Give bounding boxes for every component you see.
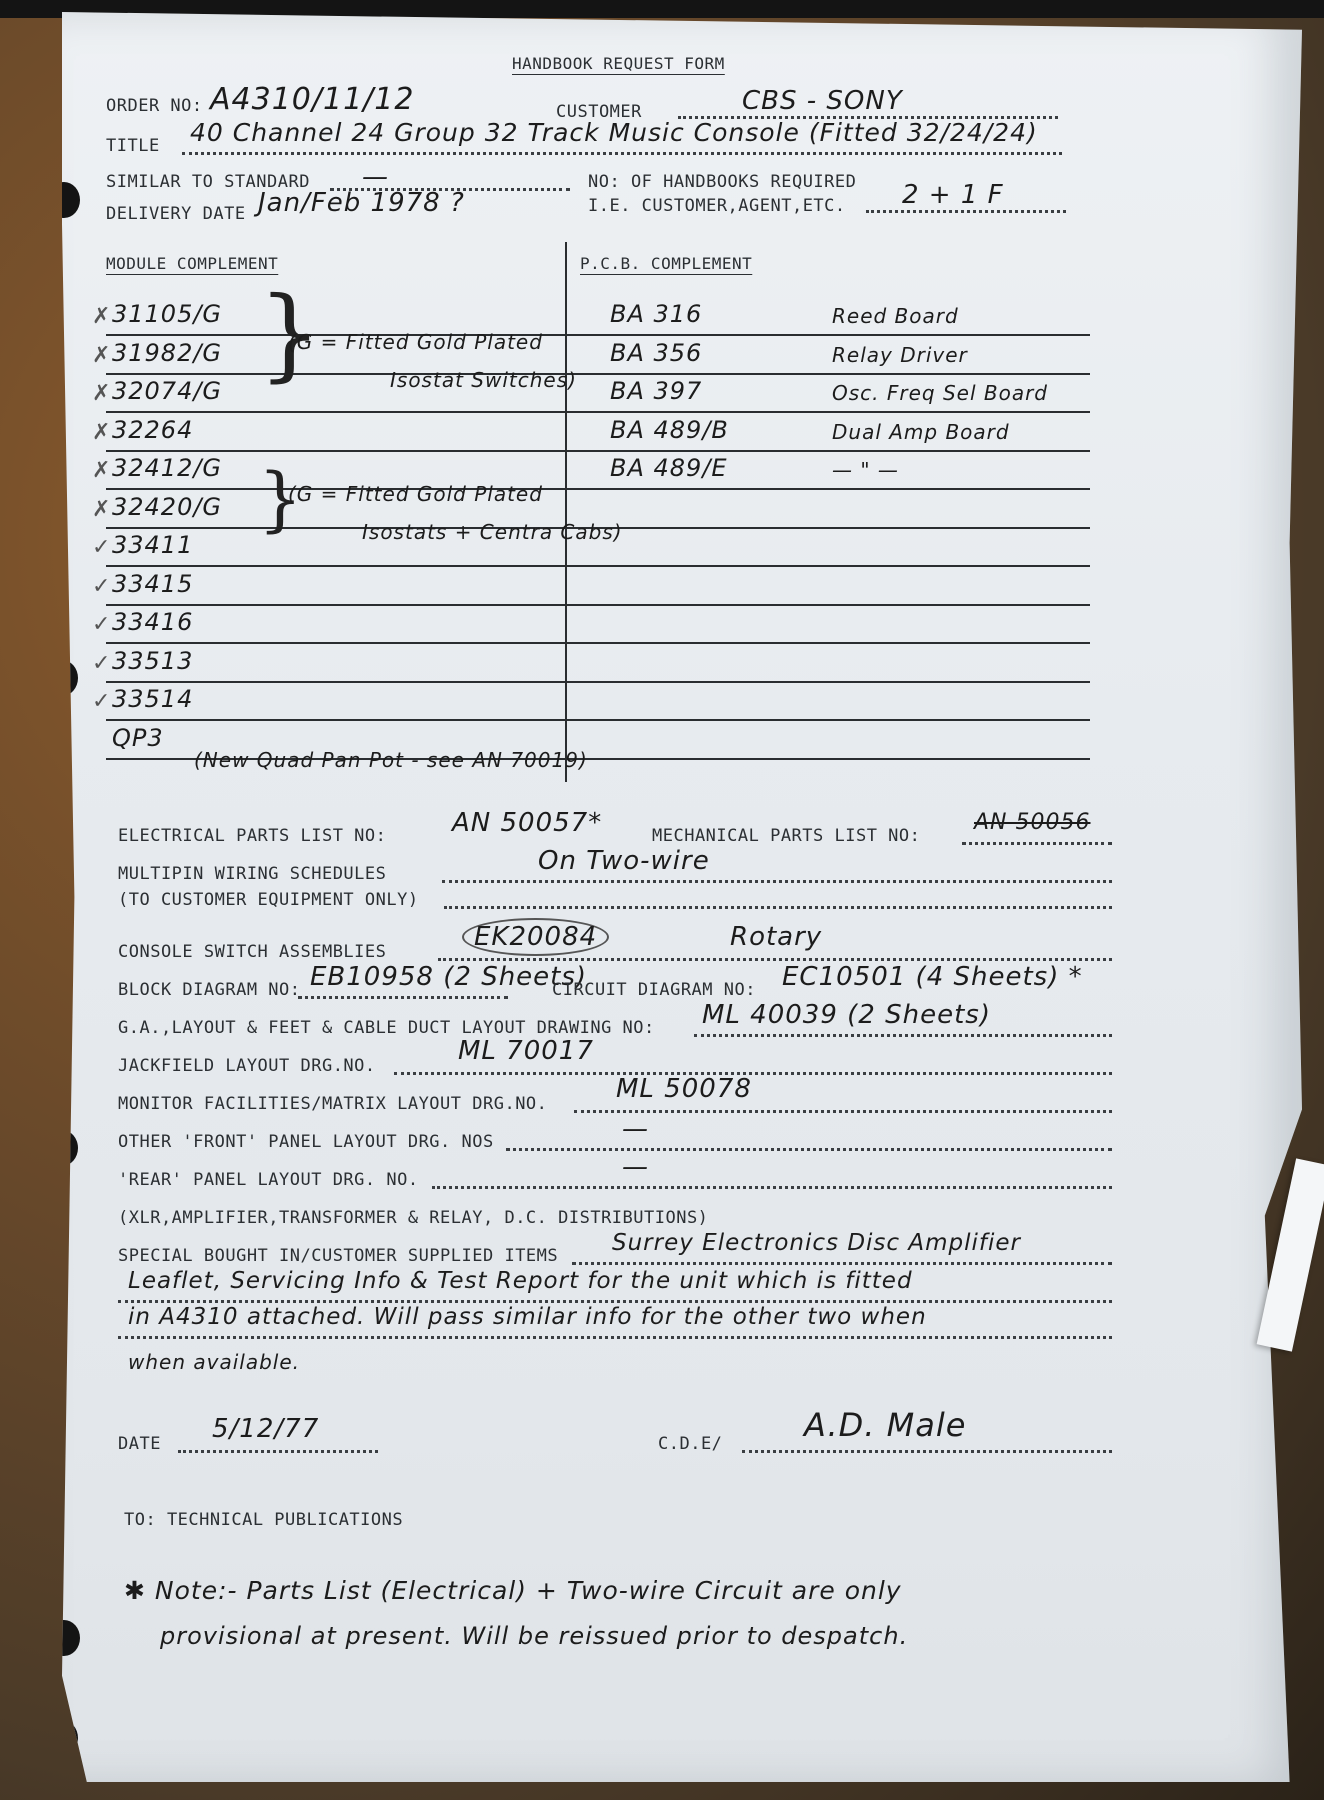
- cross-mark-icon: ✗: [92, 381, 110, 406]
- delivery-date-value: Jan/Feb 1978 ?: [258, 188, 465, 218]
- order-no-value: A4310/11/12: [210, 82, 414, 117]
- module-code: QP3: [112, 724, 164, 752]
- module-code: 31982/G: [112, 339, 222, 367]
- handbook-request-form-sheet: HANDBOOK REQUEST FORM ORDER NO: A4310/11…: [62, 12, 1302, 1782]
- block-diagram-value: EB10958 (2 Sheets): [310, 962, 587, 992]
- special-items-line2: Leaflet, Servicing Info & Test Report fo…: [128, 1268, 913, 1294]
- special-items-line4: when available.: [128, 1350, 300, 1374]
- note-line-1: ✱ Note:- Parts List (Electrical) + Two-w…: [124, 1576, 902, 1605]
- to-customer-label: (TO CUSTOMER EQUIPMENT ONLY): [118, 890, 419, 910]
- rear-panel-dotted-line: [432, 1186, 1112, 1189]
- multipin-wiring-label: MULTIPIN WIRING SCHEDULES: [118, 864, 386, 884]
- pcb-row-rule: [566, 527, 1090, 529]
- pcb-row-rule: [566, 450, 1090, 452]
- mechanical-parts-value: AN 50056: [974, 810, 1091, 835]
- pcb-row-rule: [566, 373, 1090, 375]
- check-mark-icon: ✓: [92, 574, 110, 599]
- cross-mark-icon: ✗: [92, 497, 110, 522]
- handbooks-required-value: 2 + 1 F: [902, 180, 1004, 210]
- mechanical-dotted-line: [962, 842, 1112, 845]
- circuit-diagram-value: EC10501 (4 Sheets) *: [782, 962, 1083, 992]
- pcb-description: Osc. Freq Sel Board: [832, 381, 1048, 405]
- module-row-rule: [106, 719, 566, 721]
- front-panel-value: —: [622, 1114, 649, 1144]
- to-customer-dotted-line: [444, 906, 1112, 909]
- console-switch-value2: Rotary: [730, 922, 822, 952]
- ga-layout-dotted-line: [694, 1034, 1112, 1037]
- pcb-description: Relay Driver: [832, 343, 968, 367]
- circuit-diagram-label: CIRCUIT DIAGRAM NO:: [552, 980, 756, 1000]
- pcb-row-rule: [566, 604, 1090, 606]
- cross-mark-icon: ✗: [92, 304, 110, 329]
- title-dotted-line: [182, 152, 1062, 155]
- pcb-row-rule: [566, 642, 1090, 644]
- cde-label: C.D.E/: [658, 1434, 722, 1454]
- ga-layout-label: G.A.,LAYOUT & FEET & CABLE DUCT LAYOUT D…: [118, 1018, 655, 1038]
- punch-hole: [46, 1130, 78, 1166]
- jackfield-dotted-line: [394, 1072, 1112, 1075]
- punch-hole: [48, 1620, 80, 1656]
- module-code: 33411: [112, 531, 193, 559]
- check-mark-icon: ✓: [92, 651, 110, 676]
- module-code: 33416: [112, 608, 193, 636]
- module-code: 31105/G: [112, 300, 222, 328]
- date-label: DATE: [118, 1434, 161, 1454]
- block-diagram-dotted-line: [298, 996, 508, 999]
- module-note-1-line1: (G = Fitted Gold Plated: [288, 330, 543, 354]
- multipin-wiring-value: On Two-wire: [538, 846, 710, 876]
- module-code: 33514: [112, 685, 193, 713]
- pcb-code: BA 489/B: [610, 416, 729, 444]
- module-note-2-line2: Isostats + Centra Cabs): [362, 520, 623, 544]
- date-value: 5/12/77: [212, 1414, 319, 1444]
- handbooks-required-label: NO: OF HANDBOOKS REQUIRED: [588, 172, 856, 192]
- electrical-parts-label: ELECTRICAL PARTS LIST NO:: [118, 826, 386, 846]
- module-code: 32264: [112, 416, 193, 444]
- special-items-dotted-line: [572, 1262, 1112, 1265]
- module-code: 32412/G: [112, 454, 222, 482]
- pcb-code: BA 356: [610, 339, 702, 367]
- mechanical-parts-label: MECHANICAL PARTS LIST NO:: [652, 826, 920, 846]
- check-mark-icon: ✓: [92, 689, 110, 714]
- console-switch-dotted-line: [438, 958, 1112, 961]
- punch-hole: [48, 182, 80, 218]
- check-mark-icon: ✓: [92, 535, 110, 560]
- electrical-parts-value: AN 50057*: [452, 808, 602, 838]
- pcb-code: BA 397: [610, 377, 702, 405]
- order-no-label: ORDER NO:: [106, 96, 203, 116]
- special-items-label: SPECIAL BOUGHT IN/CUSTOMER SUPPLIED ITEM…: [118, 1246, 558, 1266]
- ga-layout-value: ML 40039 (2 Sheets): [702, 1000, 991, 1030]
- pcb-row-rule: [566, 334, 1090, 336]
- module-row-rule: [106, 681, 566, 683]
- module-row-rule: [106, 642, 566, 644]
- customer-value: CBS - SONY: [742, 86, 903, 116]
- cross-mark-icon: ✗: [92, 343, 110, 368]
- module-note-2-line1: (G = Fitted Gold Plated: [288, 482, 543, 506]
- module-row-rule: [106, 604, 566, 606]
- qp3-note: (New Quad Pan Pot - see AN 70019): [194, 748, 588, 772]
- pcb-code: BA 316: [610, 300, 702, 328]
- special-items-dotted-line: [118, 1336, 1112, 1339]
- pcb-code: BA 489/E: [610, 454, 728, 482]
- punch-hole: [46, 1720, 78, 1756]
- cde-dotted-line: [742, 1450, 1112, 1453]
- module-code: 32074/G: [112, 377, 222, 405]
- console-switch-value: EK20084: [462, 918, 609, 956]
- module-complement-heading: MODULE COMPLEMENT: [106, 254, 278, 273]
- module-code: 33415: [112, 570, 193, 598]
- pcb-description: — " —: [832, 458, 899, 482]
- rear-panel-value: —: [622, 1152, 649, 1182]
- module-row-rule: [106, 450, 566, 452]
- pcb-row-rule: [566, 681, 1090, 683]
- jackfield-label: JACKFIELD LAYOUT DRG.NO.: [118, 1056, 376, 1076]
- to-technical-publications: TO: TECHNICAL PUBLICATIONS: [124, 1510, 403, 1530]
- delivery-date-label: DELIVERY DATE: [106, 204, 246, 224]
- monitor-label: MONITOR FACILITIES/MATRIX LAYOUT DRG.NO.: [118, 1094, 547, 1114]
- jackfield-value: ML 70017: [458, 1036, 594, 1066]
- module-code: 32420/G: [112, 493, 222, 521]
- module-note-1-line2: Isostat Switches): [390, 368, 577, 392]
- note-line-2: provisional at present. Will be reissued…: [160, 1622, 908, 1650]
- pcb-row-rule: [566, 565, 1090, 567]
- pcb-row-rule: [566, 758, 1090, 760]
- form-title: HANDBOOK REQUEST FORM: [512, 54, 725, 73]
- pcb-row-rule: [566, 488, 1090, 490]
- punch-hole: [46, 660, 78, 696]
- title-value: 40 Channel 24 Group 32 Track Music Conso…: [190, 118, 1038, 147]
- title-label: TITLE: [106, 136, 160, 156]
- multipin-dotted-line: [442, 880, 1112, 883]
- cde-signature: A.D. Male: [804, 1406, 966, 1444]
- monitor-value: ML 50078: [616, 1074, 752, 1104]
- date-dotted-line: [178, 1450, 378, 1453]
- module-row-rule: [106, 411, 566, 413]
- pcb-row-rule: [566, 411, 1090, 413]
- cross-mark-icon: ✗: [92, 458, 110, 483]
- column-divider: [565, 242, 567, 782]
- pcb-row-rule: [566, 719, 1090, 721]
- rear-panel-label: 'REAR' PANEL LAYOUT DRG. NO.: [118, 1170, 419, 1190]
- pcb-complement-heading: P.C.B. COMPLEMENT: [580, 254, 752, 273]
- handbooks-required-sublabel: I.E. CUSTOMER,AGENT,ETC.: [588, 196, 846, 216]
- module-code: 33513: [112, 647, 193, 675]
- check-mark-icon: ✓: [92, 612, 110, 637]
- console-switch-label: CONSOLE SWITCH ASSEMBLIES: [118, 942, 386, 962]
- special-items-line3: in A4310 attached. Will pass similar inf…: [128, 1304, 927, 1330]
- special-items-line1: Surrey Electronics Disc Amplifier: [612, 1230, 1021, 1256]
- monitor-dotted-line: [574, 1110, 1112, 1113]
- front-panel-label: OTHER 'FRONT' PANEL LAYOUT DRG. NOS: [118, 1132, 494, 1152]
- cross-mark-icon: ✗: [92, 420, 110, 445]
- special-items-dotted-line: [118, 1300, 1112, 1303]
- pcb-description: Dual Amp Board: [832, 420, 1010, 444]
- module-row-rule: [106, 565, 566, 567]
- front-panel-dotted-line: [506, 1148, 1112, 1151]
- rear-panel-sublabel: (XLR,AMPLIFIER,TRANSFORMER & RELAY, D.C.…: [118, 1208, 708, 1228]
- handbooks-dotted-line: [866, 210, 1066, 213]
- pcb-description: Reed Board: [832, 304, 959, 328]
- block-diagram-label: BLOCK DIAGRAM NO:: [118, 980, 301, 1000]
